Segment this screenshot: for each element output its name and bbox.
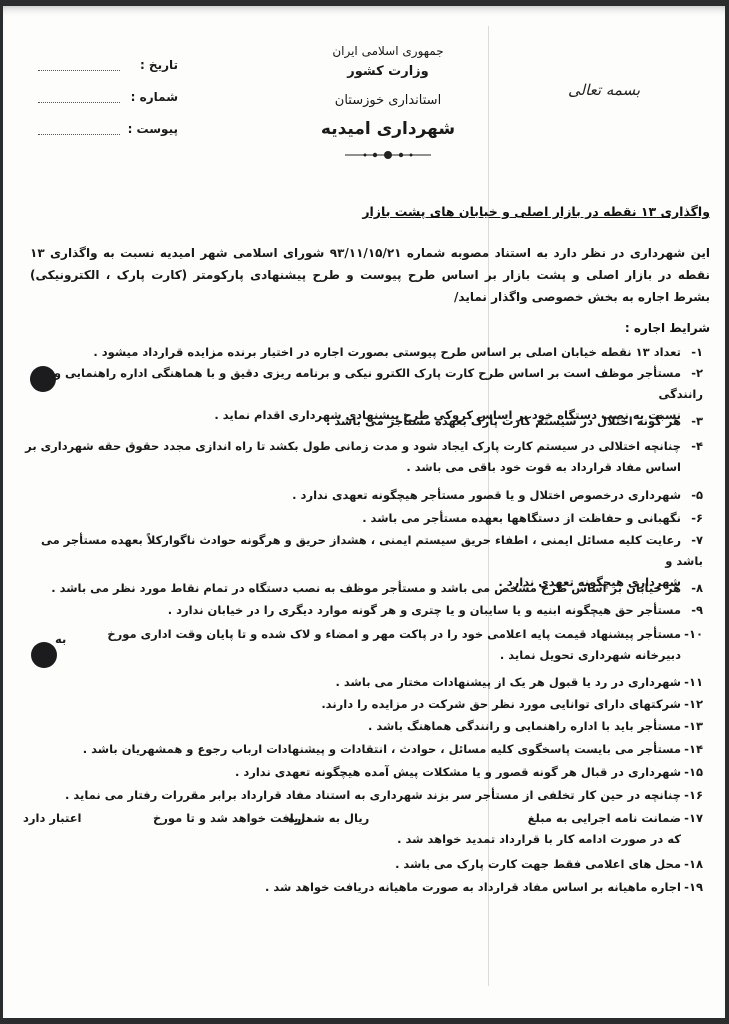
condition-item: ۱۱-شهرداری در رد یا قبول هر یک از پیشنها… — [23, 672, 703, 693]
condition-item: ۸-هر خیابان بر اساس طرح مشخص می باشد و م… — [23, 578, 703, 599]
condition-item: ۳-هر گونه اختلال در سیستم کارت پارک بعهد… — [23, 411, 703, 432]
number-blank — [38, 102, 120, 103]
condition-item: ۱۳-مستأجر باید با اداره راهنمایی و رانند… — [23, 716, 703, 737]
header-ministry: وزارت کشور — [273, 64, 503, 79]
scanned-page: جمهوری اسلامی ایران وزارت کشور استانداری… — [3, 6, 725, 1018]
condition-item: ۱۸-محل های اعلامی فقط جهت کارت پارک می ب… — [23, 854, 703, 875]
attachment-field: پیوست : — [38, 122, 178, 140]
item17-blank-received-until: دریافت خواهد شد و تا مورخ — [153, 811, 311, 825]
header-governorate: استانداری خوزستان — [273, 93, 503, 108]
condition-item: ۱۲-شرکتهای دارای توانایی مورد نظر حق شرک… — [23, 694, 703, 715]
number-label: شماره : — [131, 90, 178, 104]
conditions-heading: شرایط اجاره : — [625, 321, 710, 335]
condition-item: ۱۴-مستأجر می بایست پاسخگوی کلیه مسائل ، … — [23, 739, 703, 760]
condition-item: ۱۶-چنانچه در حین کار تخلفی از مستأجر سر … — [23, 785, 703, 806]
ornament-divider-icon — [343, 150, 433, 160]
condition-item: ۱۹-اجاره ماهیانه بر اساس مفاد قرارداد به… — [23, 877, 703, 898]
attachment-label: پیوست : — [128, 122, 178, 136]
document-title: واگذاری ۱۳ نقطه در بازار اصلی و خیابان ه… — [362, 204, 710, 219]
intro-paragraph: این شهرداری در نظر دارد به استناد مصوبه … — [30, 242, 710, 308]
condition-item: ۱۰-مستأجر پیشنهاد قیمت پایه اعلامی خود ر… — [23, 624, 703, 666]
number-field: شماره : — [38, 90, 178, 108]
item17-blank-valid: اعتبار دارد — [23, 811, 82, 825]
condition-item: ۱۵-شهرداری در قبال هر گونه قصور و یا مشک… — [23, 762, 703, 783]
condition-item: ۴-چنانچه اختلالی در سیستم کارت پارک ایجا… — [23, 436, 703, 478]
item10-trailing-word: به — [55, 632, 66, 646]
condition-item: ۹-مستأجر حق هیچگونه ابنیه و یا سایبان و … — [23, 600, 703, 621]
attachment-blank — [38, 134, 120, 135]
basmala: بسمه تعالی — [568, 81, 640, 99]
punch-hole — [31, 642, 57, 668]
condition-item: ۶-نگهبانی و حفاظت از دستگاهها بعهده مستأ… — [23, 508, 703, 529]
condition-item: ۱-تعداد ۱۳ نقطه خیابان اصلی بر اساس طرح … — [23, 342, 703, 363]
date-blank — [38, 70, 120, 71]
date-field: تاریخ : — [38, 58, 178, 76]
header-country: جمهوری اسلامی ایران — [273, 44, 503, 58]
condition-item: ۵-شهرداری درخصوص اختلال و یا قصور مستأجر… — [23, 485, 703, 506]
date-label: تاریخ : — [140, 58, 178, 72]
punch-hole — [30, 366, 56, 392]
header-municipality: شهرداری امیدیه — [273, 119, 503, 139]
